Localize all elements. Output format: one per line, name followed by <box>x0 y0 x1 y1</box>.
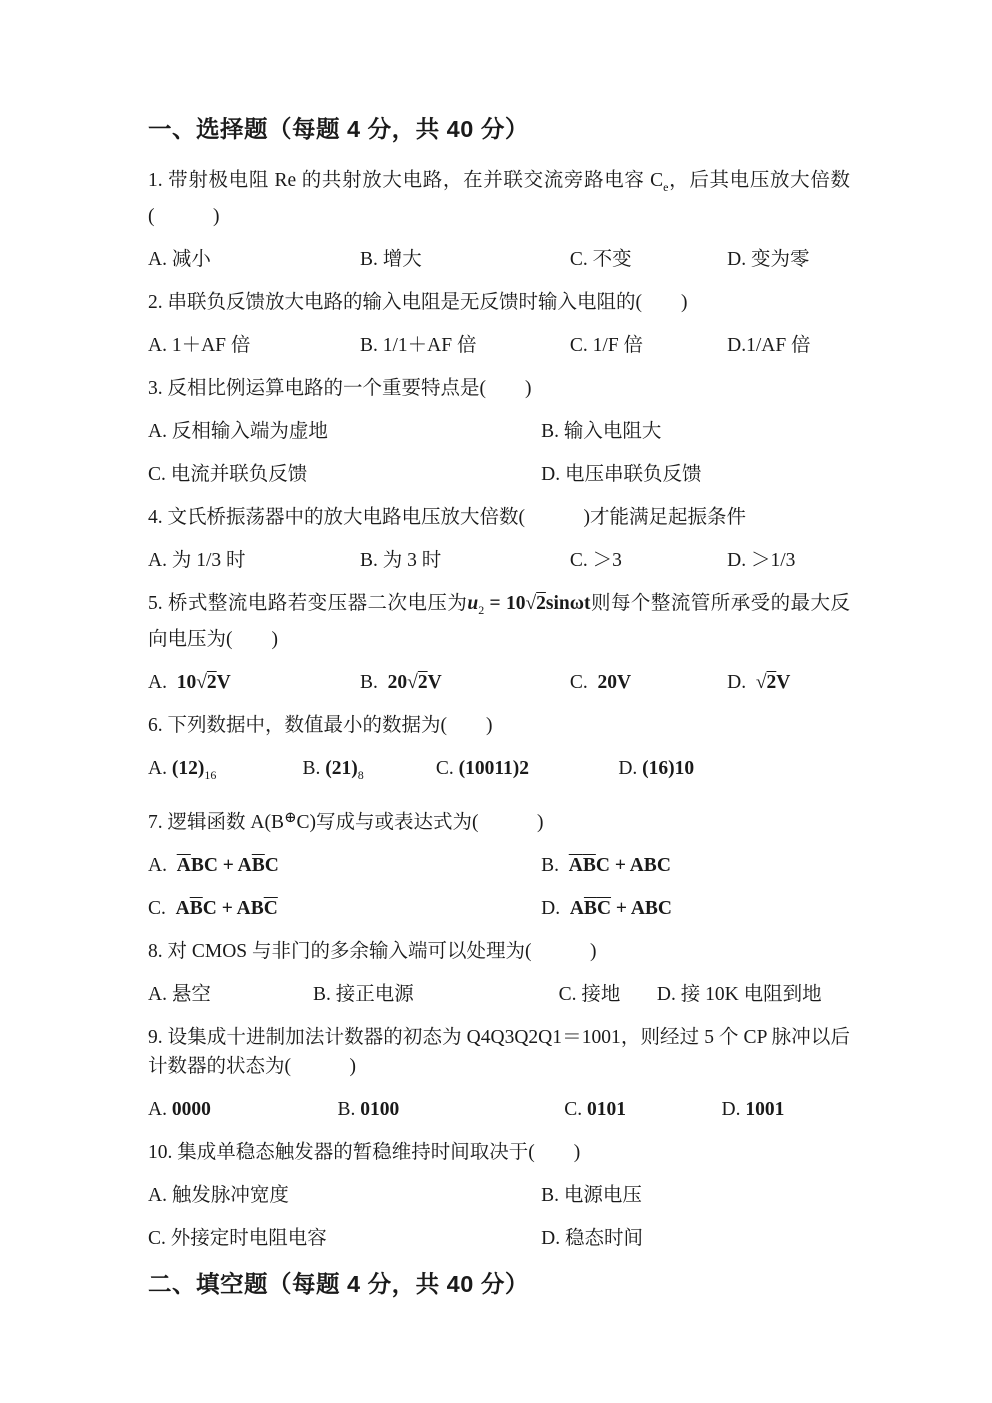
question-6-option-C: C. (10011)2 <box>436 754 619 790</box>
overline-term: B <box>583 855 596 876</box>
question-8-text: 8. 对 CMOS 与非门的多余输入端可以处理为( ) <box>148 937 850 966</box>
text-segment: C)写成与或表达式为( ) <box>297 812 544 833</box>
text-segment: C. <box>570 672 598 693</box>
question-6-options-row: A. (12)16B. (21)8C. (10011)2D. (16)10 <box>148 754 850 790</box>
question-2-option-A: A. 1＋AF 倍 <box>148 331 360 360</box>
text-segment: B. <box>302 758 325 779</box>
text-segment: 10 <box>177 672 197 693</box>
sqrt-expression: √2 <box>525 593 545 614</box>
text-segment: 9. 设集成十进制加法计数器的初态为 Q4Q3Q2Q1＝1001，则经过 5 个… <box>148 1027 850 1077</box>
question-10-option-C: C. 外接定时电阻电容 <box>148 1224 541 1253</box>
text-segment: C. 外接定时电阻电容 <box>148 1228 327 1249</box>
question-7-option-A: A. ABC + ABC <box>148 851 541 880</box>
question-1-option-A: A. 减小 <box>148 245 360 274</box>
overline-term: A <box>177 855 191 876</box>
text-segment: 1. 带射极电阻 Re 的共射放大电路，在并联交流旁路电容 C <box>148 170 663 191</box>
question-7-option-B: B. ABC + ABC <box>541 851 671 880</box>
text-segment: D. ＞1/3 <box>727 550 795 571</box>
question-3-option-C: C. 电流并联负反馈 <box>148 460 541 489</box>
text-segment: V <box>217 672 231 693</box>
question-2-option-D: D.1/AF 倍 <box>727 331 810 360</box>
question-7-text: 7. 逻辑函数 A(B⊕C)写成与或表达式为( ) <box>148 804 850 837</box>
question-2-option-C: C. 1/F 倍 <box>570 331 727 360</box>
text-segment: 3. 反相比例运算电路的一个重要特点是( ) <box>148 378 532 399</box>
text-segment: + ABC <box>611 898 672 919</box>
question-5-option-A: A. 10√2V <box>148 668 360 697</box>
radical-sign: √ <box>196 672 207 693</box>
radicand: 2 <box>536 593 546 614</box>
exam-page: { "page": { "section1_heading": "一、选择题（每… <box>0 0 992 1403</box>
text-segment: A. <box>148 672 177 693</box>
question-1-text: 1. 带射极电阻 Re 的共射放大电路，在并联交流旁路电容 Ce，后其电压放大倍… <box>148 166 850 231</box>
text-segment: D. 变为零 <box>727 249 809 270</box>
radical-sign: √ <box>525 593 536 614</box>
text-segment: 0101 <box>587 1099 626 1120</box>
text-segment: 0100 <box>360 1099 399 1120</box>
text-segment: A. <box>148 758 172 779</box>
text-segment: D.1/AF 倍 <box>727 335 810 356</box>
question-10-options-row: A. 触发脉冲宽度B. 电源电压 <box>148 1181 850 1210</box>
text-segment: A. 减小 <box>148 249 211 270</box>
text-segment: C. <box>436 758 459 779</box>
overline-term: C <box>264 898 278 919</box>
text-segment: A. 悬空 <box>148 984 211 1005</box>
overline-term: C <box>597 898 611 919</box>
text-segment: C. <box>148 898 176 919</box>
question-2-option-B: B. 1/1＋AF 倍 <box>360 331 570 360</box>
text-segment: A. 为 1/3 时 <box>148 550 246 571</box>
question-3-text: 3. 反相比例运算电路的一个重要特点是( ) <box>148 374 850 403</box>
question-4-option-D: D. ＞1/3 <box>727 546 795 575</box>
question-5-option-D: D. √2V <box>727 668 790 697</box>
subscript: 8 <box>358 768 364 782</box>
question-5-options-row: A. 10√2VB. 20√2VC. 20VD. √2V <box>148 668 850 697</box>
sqrt-expression: √2 <box>196 672 216 693</box>
sqrt-expression: √2 <box>756 672 776 693</box>
question-9-option-A: A. 0000 <box>148 1095 338 1124</box>
question-7-option-C: C. ABC + ABC <box>148 894 541 923</box>
questions: 1. 带射极电阻 Re 的共射放大电路，在并联交流旁路电容 Ce，后其电压放大倍… <box>148 166 850 1253</box>
text-segment: B. 电源电压 <box>541 1185 642 1206</box>
text-segment: C. 1/F 倍 <box>570 335 643 356</box>
text-segment: (21) <box>325 758 358 779</box>
text-segment: B. 为 3 时 <box>360 550 441 571</box>
text-segment: 1001 <box>745 1099 784 1120</box>
question-6-option-D: D. (16)10 <box>618 754 694 790</box>
question-8-option-A: A. 悬空 <box>148 980 313 1009</box>
text-segment: 0000 <box>172 1099 211 1120</box>
text-segment: D. <box>618 758 642 779</box>
question-5-option-B: B. 20√2V <box>360 668 570 697</box>
text-segment: A <box>570 898 584 919</box>
subscript: 16 <box>204 768 216 782</box>
question-6-text: 6. 下列数据中，数值最小的数据为( ) <box>148 711 850 740</box>
text-segment: 20V <box>598 672 632 693</box>
section-1-heading: 一、选择题（每题 4 分，共 40 分） <box>148 112 850 146</box>
question-10-options-row: C. 外接定时电阻电容D. 稳态时间 <box>148 1224 850 1253</box>
text-segment: A. 1＋AF 倍 <box>148 335 250 356</box>
text-segment: V <box>776 672 790 693</box>
text-segment: 8. 对 CMOS 与非门的多余输入端可以处理为( ) <box>148 941 597 962</box>
question-4-option-C: C. ＞3 <box>570 546 727 575</box>
text-segment: C. 接地 <box>559 984 621 1005</box>
text-segment: 4. 文氏桥振荡器中的放大电路电压放大倍数( )才能满足起振条件 <box>148 507 746 528</box>
document: 一、选择题（每题 4 分，共 40 分） 1. 带射极电阻 Re 的共射放大电路… <box>148 0 850 1301</box>
text-segment: C. 电流并联负反馈 <box>148 464 307 485</box>
text-segment: 7. 逻辑函数 A(B <box>148 812 284 833</box>
math-variable: u <box>467 593 478 614</box>
text-segment: D. <box>722 1099 746 1120</box>
text-segment: (10011)2 <box>459 758 529 779</box>
question-2-text: 2. 串联负反馈放大电路的输入电阻是无反馈时输入电阻的( ) <box>148 288 850 317</box>
sqrt-expression: √2 <box>407 672 427 693</box>
question-8-options-row: A. 悬空B. 接正电源C. 接地D. 接 10K 电阻到地 <box>148 980 850 1009</box>
radicand: 2 <box>418 672 428 693</box>
xor-symbol: ⊕ <box>284 810 297 826</box>
question-3-options-row: A. 反相输入端为虚地B. 输入电阻大 <box>148 417 850 446</box>
text-segment: V <box>428 672 442 693</box>
text-segment: (12) <box>172 758 205 779</box>
text-segment: 10. 集成单稳态触发器的暂稳维持时间取决于( ) <box>148 1142 580 1163</box>
text-segment: D. <box>541 898 570 919</box>
section-2-heading: 二、填空题（每题 4 分，共 40 分） <box>148 1267 850 1301</box>
question-3-option-B: B. 输入电阻大 <box>541 417 661 446</box>
radicand: 2 <box>207 672 217 693</box>
question-4-options-row: A. 为 1/3 时B. 为 3 时C. ＞3D. ＞1/3 <box>148 546 850 575</box>
question-1-option-B: B. 增大 <box>360 245 570 274</box>
question-1-option-D: D. 变为零 <box>727 245 809 274</box>
question-5-option-C: C. 20V <box>570 668 727 697</box>
text-segment: A. <box>148 1099 172 1120</box>
question-4-text: 4. 文氏桥振荡器中的放大电路电压放大倍数( )才能满足起振条件 <box>148 503 850 532</box>
text-segment: C <box>265 855 279 876</box>
radicand: 2 <box>767 672 777 693</box>
question-4-option-B: B. 为 3 时 <box>360 546 570 575</box>
text-segment: 20 <box>388 672 408 693</box>
text-segment: C + ABC <box>596 855 671 876</box>
question-10-text: 10. 集成单稳态触发器的暂稳维持时间取决于( ) <box>148 1138 850 1167</box>
overline-term: B <box>190 898 203 919</box>
text-segment: D. <box>727 672 756 693</box>
question-3-option-A: A. 反相输入端为虚地 <box>148 417 541 446</box>
text-segment: B. <box>338 1099 361 1120</box>
question-7-options-row: A. ABC + ABCB. ABC + ABC <box>148 851 850 880</box>
question-9-option-C: C. 0101 <box>564 1095 721 1124</box>
text-segment: B. <box>360 672 388 693</box>
text-segment: C. ＞3 <box>570 550 622 571</box>
text-segment: D. 接 10K 电阻到地 <box>657 984 822 1005</box>
text-segment: B. <box>541 855 569 876</box>
question-3-option-D: D. 电压串联负反馈 <box>541 460 701 489</box>
text-segment: B. 1/1＋AF 倍 <box>360 335 476 356</box>
text-segment: B. 增大 <box>360 249 422 270</box>
question-7-option-D: D. ABC + ABC <box>541 894 672 923</box>
question-10-option-A: A. 触发脉冲宽度 <box>148 1181 541 1210</box>
question-5-text: 5. 桥式整流电路若变压器二次电压为u2 = 10√2sinωt则每个整流管所承… <box>148 589 850 654</box>
question-6-option-A: A. (12)16 <box>148 754 302 790</box>
question-2-options-row: A. 1＋AF 倍B. 1/1＋AF 倍C. 1/F 倍D.1/AF 倍 <box>148 331 850 360</box>
question-9-options-row: A. 0000B. 0100C. 0101D. 1001 <box>148 1095 850 1124</box>
overline-term: A <box>569 855 583 876</box>
text-segment: D. 电压串联负反馈 <box>541 464 701 485</box>
question-7-options-row: C. ABC + ABCD. ABC + ABC <box>148 894 850 923</box>
question-9-option-D: D. 1001 <box>722 1095 785 1124</box>
question-10-option-D: D. 稳态时间 <box>541 1224 643 1253</box>
text-segment: B. 接正电源 <box>313 984 414 1005</box>
radical-sign: √ <box>756 672 767 693</box>
text-segment: sinωt <box>546 593 591 614</box>
question-1-option-C: C. 不变 <box>570 245 727 274</box>
question-8-option-B: B. 接正电源 <box>313 980 559 1009</box>
text-segment: C. 不变 <box>570 249 632 270</box>
text-segment: A. 反相输入端为虚地 <box>148 421 328 442</box>
text-segment: A <box>176 898 190 919</box>
question-6-option-B: B. (21)8 <box>302 754 435 790</box>
question-8-option-D: D. 接 10K 电阻到地 <box>657 980 822 1009</box>
text-segment: C + AB <box>203 898 264 919</box>
overline-term: B <box>252 855 265 876</box>
text-segment: 5. 桥式整流电路若变压器二次电压为 <box>148 593 467 614</box>
radical-sign: √ <box>407 672 418 693</box>
text-segment: BC + A <box>191 855 252 876</box>
text-segment: D. 稳态时间 <box>541 1228 643 1249</box>
text-segment: A. 触发脉冲宽度 <box>148 1185 289 1206</box>
question-1-options-row: A. 减小B. 增大C. 不变D. 变为零 <box>148 245 850 274</box>
question-4-option-A: A. 为 1/3 时 <box>148 546 360 575</box>
text-segment: B. 输入电阻大 <box>541 421 661 442</box>
text-segment: 2. 串联负反馈放大电路的输入电阻是无反馈时输入电阻的( ) <box>148 292 688 313</box>
question-8-option-C: C. 接地 <box>559 980 657 1009</box>
text-segment: A. <box>148 855 177 876</box>
question-9-text: 9. 设集成十进制加法计数器的初态为 Q4Q3Q2Q1＝1001，则经过 5 个… <box>148 1023 850 1081</box>
text-segment: = 10 <box>484 593 525 614</box>
question-10-option-B: B. 电源电压 <box>541 1181 642 1210</box>
overline-term: B <box>584 898 597 919</box>
text-segment: 6. 下列数据中，数值最小的数据为( ) <box>148 715 493 736</box>
text-segment: C. <box>564 1099 587 1120</box>
question-9-option-B: B. 0100 <box>338 1095 565 1124</box>
question-3-options-row: C. 电流并联负反馈D. 电压串联负反馈 <box>148 460 850 489</box>
text-segment: (16)10 <box>642 758 694 779</box>
